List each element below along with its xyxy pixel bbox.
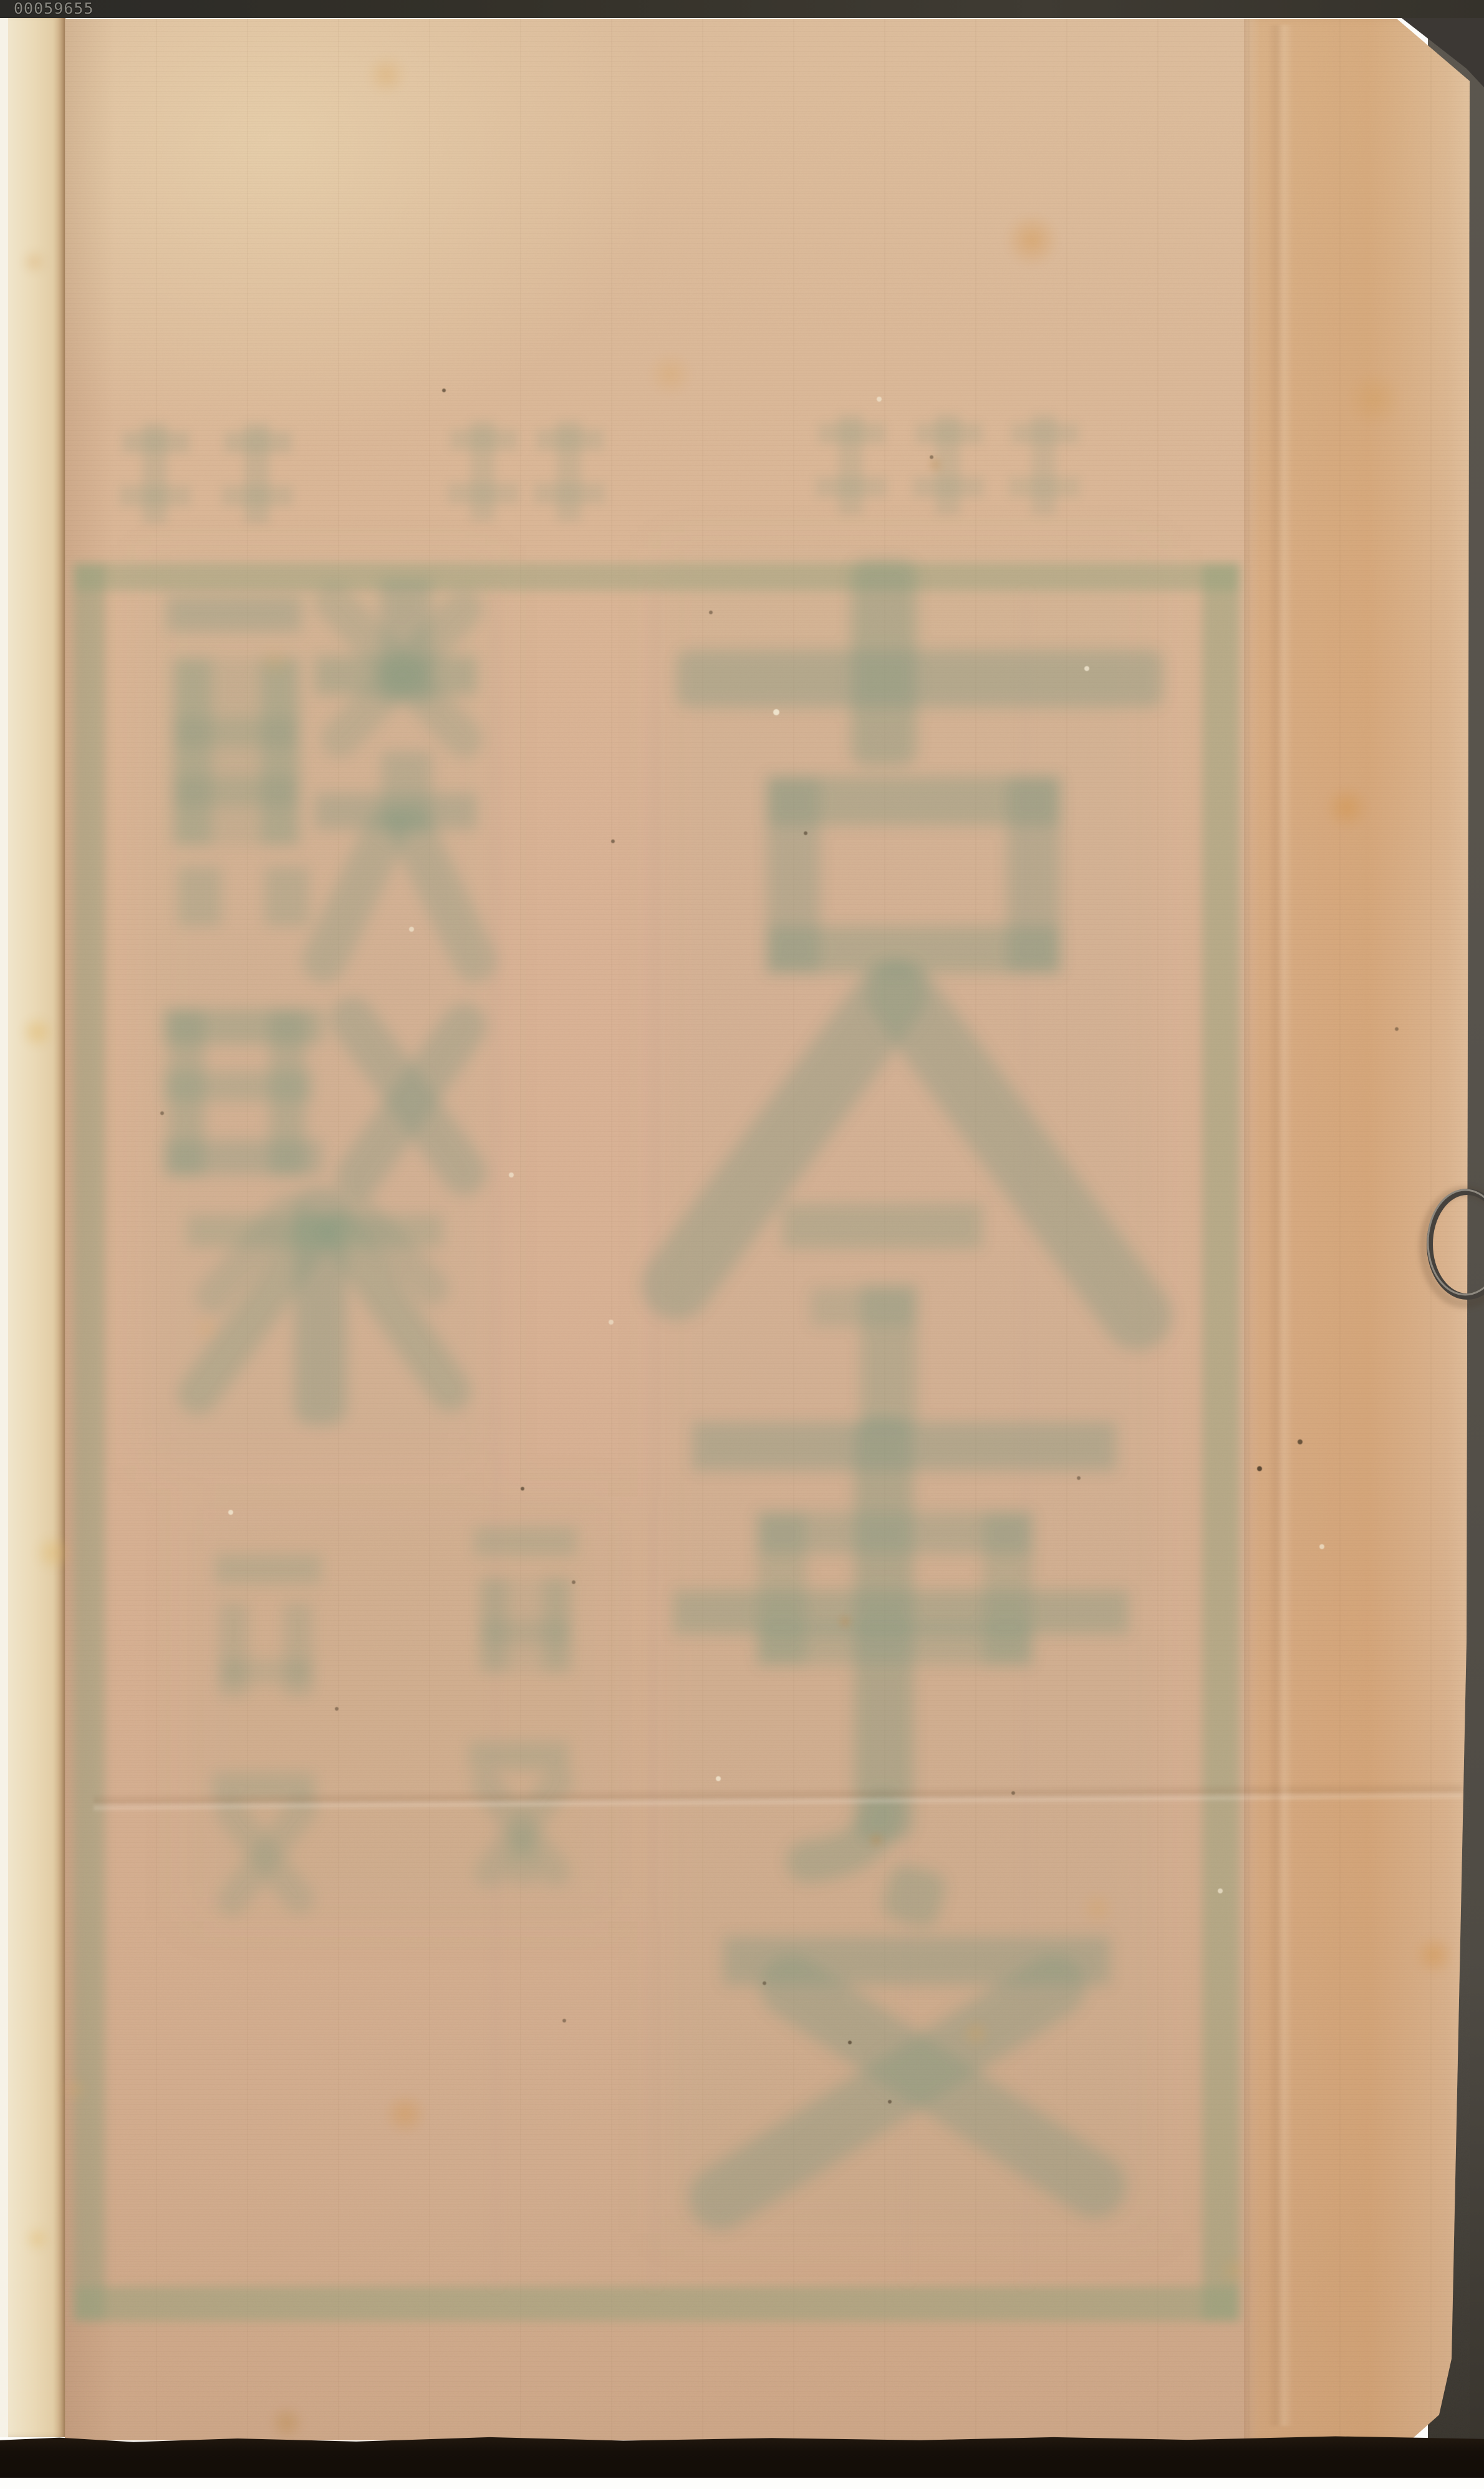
scanner-top-bar: 00059655 <box>0 0 1484 18</box>
page-stack-white-edge <box>0 15 8 2437</box>
previous-page-edge <box>8 15 65 2437</box>
book-scan: 00059655 古 今 事 文 類 聚 <box>0 0 1484 2489</box>
scanner-bottom-bar <box>0 2434 1484 2478</box>
catalog-number: 00059655 <box>14 1 94 17</box>
book-page <box>65 19 1470 2440</box>
paper-chain-lines <box>65 19 1470 2440</box>
